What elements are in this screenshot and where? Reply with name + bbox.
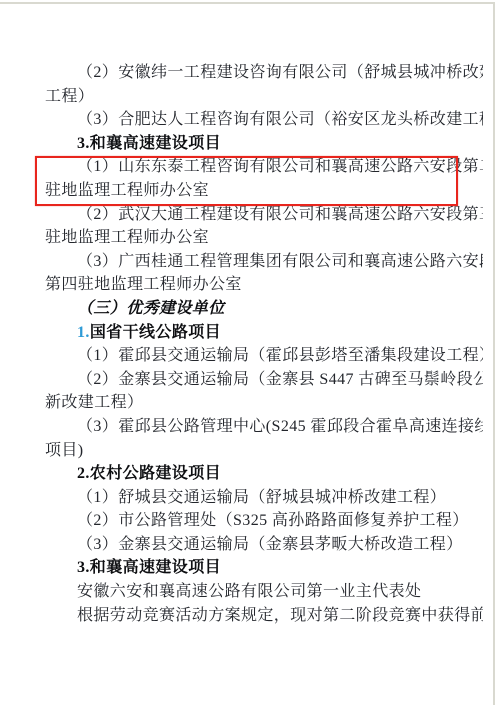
doc-line: （1）舒城县交通运输局（舒城县城冲桥改建工程） [45,486,483,510]
doc-line: 第四驻地监理工程师办公室 [45,273,483,297]
doc-line: 工程） [45,85,483,109]
doc-line: （2）市公路管理处（S325 高孙路路面修复养护工程） [45,509,483,533]
heading-text: 国省干线公路项目 [90,324,221,341]
doc-line: （1）霍邱县交通运输局（霍邱县彭塔至潘集段建设工程） [45,344,483,368]
doc-heading: （三）优秀建设单位 [45,297,483,321]
doc-line: （3）霍邱县公路管理中心(S245 霍邱段合霍阜高速连接线 [45,415,483,439]
doc-heading: 1.国省干线公路项目 [45,321,483,345]
doc-line: 项目) [45,439,483,463]
doc-heading: 3.和襄高速建设项目 [45,132,483,156]
doc-line: （2）武汉大通工程建设有限公司和襄高速公路六安段第三 [45,203,483,227]
doc-line: 驻地监理工程师办公室 [45,226,483,250]
doc-heading: 2.农村公路建设项目 [45,462,483,486]
document-text-block: （2）安徽纬一工程建设咨询有限公司（舒城县城冲桥改建 工程） （3）合肥达人工程… [45,61,483,627]
doc-heading: 3.和襄高速建设项目 [45,556,483,580]
doc-line: （2）安徽纬一工程建设咨询有限公司（舒城县城冲桥改建 [45,61,483,85]
blue-heading-number: 1. [77,324,90,341]
doc-line: （3）广西桂通工程管理集团有限公司和襄高速公路六安段 [45,250,483,274]
doc-line: （3）合肥达人工程咨询有限公司（裕安区龙头桥改建工程） [45,108,483,132]
doc-line: 安徽六安和襄高速公路有限公司第一业主代表处 [45,580,483,604]
doc-line: 根据劳动竞赛活动方案规定，现对第二阶段竞赛中获得前三 [45,604,483,628]
doc-line-highlighted: 驻地监理工程师办公室 [45,179,483,203]
doc-line-highlighted: （1）山东东泰工程咨询有限公司和襄高速公路六安段第二 [45,155,483,179]
doc-line: （3）金寨县交通运输局（金寨县茅畈大桥改造工程） [45,533,483,557]
doc-line: 新改建工程） [45,391,483,415]
doc-line: （2）金寨县交通运输局（金寨县 S447 古碑至马鬃岭段公路 [45,368,483,392]
